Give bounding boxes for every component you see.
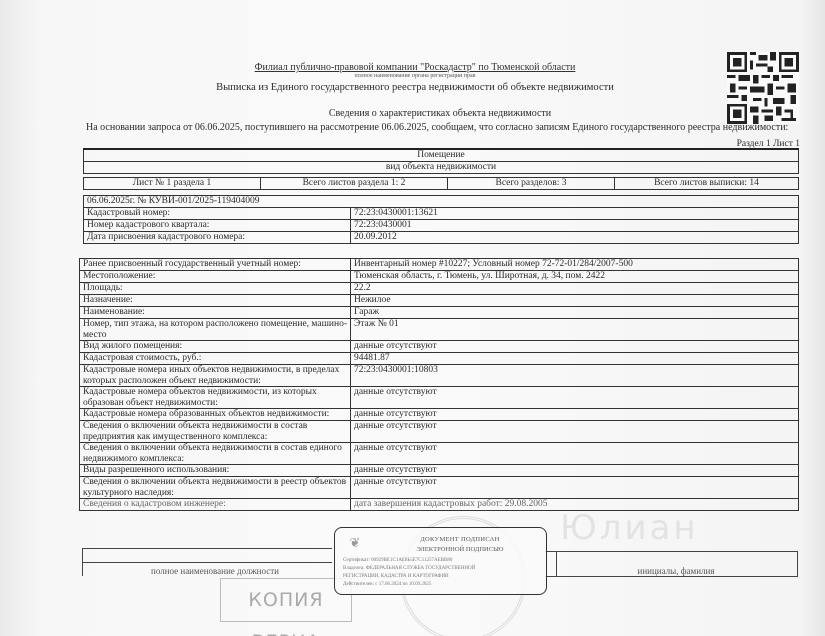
table-row: Номер, тип этажа, на котором расположено… — [80, 319, 799, 341]
sheet-number: Лист № 1 раздела 1 — [84, 178, 261, 190]
table-row: Сведения о кадастровом инженере:дата зав… — [80, 499, 799, 511]
field-value: 22.2 — [351, 283, 799, 295]
position-caption: полное наименование должности — [100, 566, 330, 576]
org-title: Филиал публично-правовой компании "Роска… — [150, 62, 680, 73]
table-row: Наименование:Гараж — [80, 307, 799, 319]
field-label: Кадастровый номер: — [84, 208, 351, 220]
field-label: Кадастровая стоимость, руб.: — [80, 353, 351, 365]
field-value: данные отсутствуют — [351, 443, 799, 465]
object-type-caption: вид объекта недвижимости — [84, 162, 799, 174]
divider — [797, 551, 798, 576]
table-row: Кадастровые номера образованных объектов… — [80, 409, 799, 421]
field-value: 72:23:0430001:10803 — [351, 365, 799, 387]
field-value: Гараж — [351, 307, 799, 319]
properties-table: Ранее присвоенный государственный учетны… — [79, 258, 799, 511]
intro-text: На основании запроса от 06.06.2025, пост… — [86, 122, 806, 133]
document-page: Юлиан Филиал публично-правовой компании … — [0, 0, 825, 636]
field-label: Вид жилого помещения: — [80, 341, 351, 353]
sheet-meta-table: Лист № 1 раздела 1 Всего листов раздела … — [83, 177, 799, 190]
field-value: данные отсутствуют — [351, 477, 799, 499]
section-title: Сведения о характеристиках объекта недви… — [200, 108, 680, 119]
org-subtitle: полное наименование органа регистрации п… — [250, 73, 580, 79]
watermark: Юлиан — [560, 508, 699, 548]
field-value: данные отсутствуют — [351, 387, 799, 409]
table-row: Виды разрешенного использования:данные о… — [80, 465, 799, 477]
table-row: Назначение:Нежилое — [80, 295, 799, 307]
field-label: Площадь: — [80, 283, 351, 295]
divider — [545, 576, 798, 577]
field-value: Нежилое — [351, 295, 799, 307]
table-row: Ранее присвоенный государственный учетны… — [80, 259, 799, 271]
object-type: Помещение — [84, 149, 799, 162]
field-label: Номер, тип этажа, на котором расположено… — [80, 319, 351, 341]
copy-certified-stamp: КОПИЯ ВЕРНА — [220, 578, 352, 622]
table-row: Сведения о включении объекта недвижимост… — [80, 477, 799, 499]
field-label: Кадастровые номера образованных объектов… — [80, 409, 351, 421]
esig-certificate: Сертификат: 00929ВЕ1С1АЕ8Ь5Е7С11257АЕВВ8… — [343, 558, 452, 563]
field-value: Тюменская область, г. Тюмень, ул. Широтн… — [351, 271, 799, 283]
table-row: Местоположение:Тюменская область, г. Тюм… — [80, 271, 799, 283]
table-row: Вид жилого помещения:данные отсутствуют — [80, 341, 799, 353]
field-label: Кадастровые номера иных объектов недвижи… — [80, 365, 351, 387]
cadastral-number: 72:23:0430001:13621 — [351, 208, 799, 220]
electronic-signature-stamp: ❦ ДОКУМЕНТ ПОДПИСАН ЭЛЕКТРОННОЙ ПОДПИСЬЮ… — [334, 527, 547, 595]
cadastral-date: 20.09.2012 — [351, 232, 799, 244]
field-value: данные отсутствуют — [351, 409, 799, 421]
table-row: Сведения о включении объекта недвижимост… — [80, 421, 799, 443]
field-value: 94481.87 — [351, 353, 799, 365]
document-title: Выписка из Единого государственного реес… — [150, 82, 680, 93]
table-row: Площадь:22.2 — [80, 283, 799, 295]
esig-validity: Действителен: с 17.06.2024 по 10.09.2025 — [343, 582, 431, 587]
table-row: Кадастровые номера объектов недвижимости… — [80, 387, 799, 409]
field-value: данные отсутствуют — [351, 421, 799, 443]
registry-table: 06.06.2025г. № КУВИ-001/2025-119404009 К… — [83, 195, 799, 244]
name-caption: инициалы, фамилия — [556, 566, 796, 576]
field-label: Виды разрешенного использования: — [80, 465, 351, 477]
field-label: Местоположение: — [80, 271, 351, 283]
divider — [545, 551, 798, 552]
field-label: Сведения о кадастровом инженере: — [80, 499, 351, 511]
table-row: Сведения о включении объекта недвижимост… — [80, 443, 799, 465]
table-row: Кадастровые номера иных объектов недвижи… — [80, 365, 799, 387]
section-sheets-total: Всего листов раздела 1: 2 — [261, 178, 448, 190]
divider — [82, 548, 83, 576]
field-label: Номер кадастрового квартала: — [84, 220, 351, 232]
field-value: Инвентарный номер #10227; Условный номер… — [351, 259, 799, 271]
sections-total: Всего разделов: 3 — [448, 178, 615, 190]
field-label: Назначение: — [80, 295, 351, 307]
table-row: Кадастровая стоимость, руб.:94481.87 — [80, 353, 799, 365]
field-value: дата завершения кадастровых работ: 29.08… — [351, 499, 799, 511]
field-value: данные отсутствуют — [351, 465, 799, 477]
esig-subtitle: ЭЛЕКТРОННОЙ ПОДПИСЬЮ — [375, 546, 545, 553]
extract-sheets-total: Всего листов выписки: 14 — [615, 178, 799, 190]
field-label: Ранее присвоенный государственный учетны… — [80, 259, 351, 271]
field-value: данные отсутствуют — [351, 341, 799, 353]
cadastral-quarter: 72:23:0430001 — [351, 220, 799, 232]
qr-code-icon — [727, 52, 799, 124]
divider — [82, 562, 332, 563]
field-label: Сведения о включении объекта недвижимост… — [80, 421, 351, 443]
request-number: 06.06.2025г. № КУВИ-001/2025-119404009 — [84, 196, 799, 208]
esig-title: ДОКУМЕНТ ПОДПИСАН — [375, 536, 545, 543]
field-label: Сведения о включении объекта недвижимост… — [80, 477, 351, 499]
emblem-icon: ❦ — [347, 534, 363, 552]
esig-owner: Владелец: ФЕДЕРАЛЬНАЯ СЛУЖБА ГОСУДАРСТВЕ… — [343, 566, 475, 571]
field-value: Этаж № 01 — [351, 319, 799, 341]
field-label: Дата присвоения кадастрового номера: — [84, 232, 351, 244]
esig-owner-cont: РЕГИСТРАЦИИ, КАДАСТРА И КАРТОГРАФИИ — [343, 574, 449, 579]
field-label: Сведения о включении объекта недвижимост… — [80, 443, 351, 465]
object-type-table: Помещение вид объекта недвижимости — [83, 148, 799, 174]
field-label: Наименование: — [80, 307, 351, 319]
field-label: Кадастровые номера объектов недвижимости… — [80, 387, 351, 409]
divider — [82, 548, 332, 549]
